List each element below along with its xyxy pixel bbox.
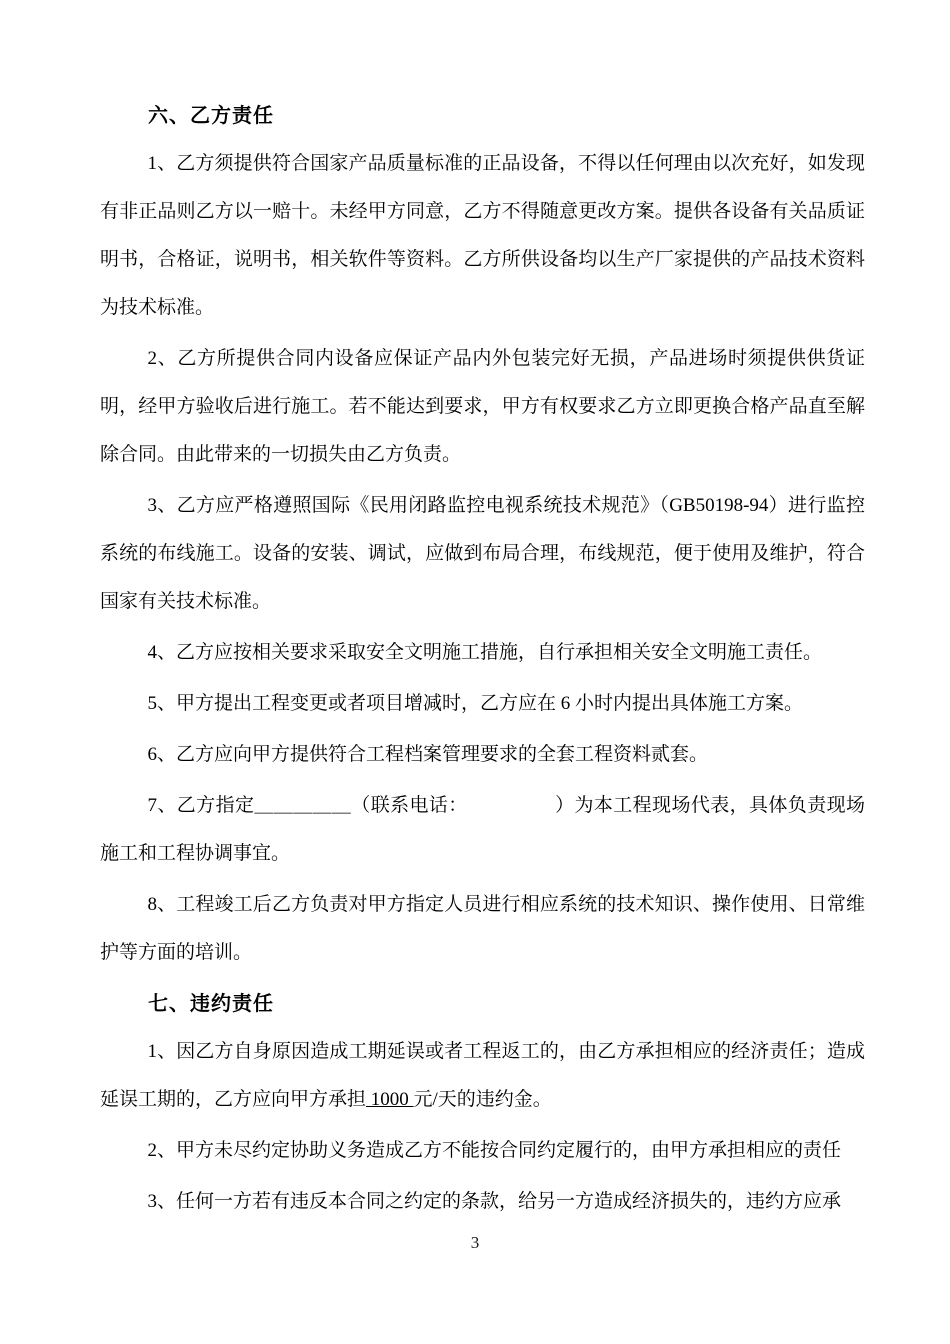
section-7-paragraph-2: 2、甲方未尽约定协助义务造成乙方不能按合同约定履行的，由甲方承担相应的责任: [100, 1127, 865, 1175]
section-6-heading: 六、乙方责任: [100, 92, 865, 140]
page-number: 3: [0, 1232, 950, 1254]
penalty-amount-blank: 1000: [366, 1089, 414, 1110]
section-6-paragraph-8: 8、工程竣工后乙方负责对甲方指定人员进行相应系统的技术知识、操作使用、日常维护等…: [100, 881, 865, 977]
section-6-paragraph-2: 2、乙方所提供合同内设备应保证产品内外包装完好无损，产品进场时须提供供货证明，经…: [100, 335, 865, 479]
document-content: 六、乙方责任 1、乙方须提供符合国家产品质量标准的正品设备，不得以任何理由以次充…: [100, 92, 865, 1229]
section-6-paragraph-6: 6、乙方应向甲方提供符合工程档案管理要求的全套工程资料贰套。: [100, 731, 865, 779]
section-6-paragraph-3: 3、乙方应严格遵照国际《民用闭路监控电视系统技术规范》（GB50198-94）进…: [100, 482, 865, 626]
contract-document-page: 六、乙方责任 1、乙方须提供符合国家产品质量标准的正品设备，不得以任何理由以次充…: [0, 0, 950, 1344]
section-7-paragraph-1-suffix: 元/天的违约金。: [414, 1089, 552, 1110]
section-6-paragraph-5: 5、甲方提出工程变更或者项目增减时，乙方应在 6 小时内提出具体施工方案。: [100, 680, 865, 728]
section-6-paragraph-4: 4、乙方应按相关要求采取安全文明施工措施，自行承担相关安全文明施工责任。: [100, 629, 865, 677]
section-7-paragraph-1: 1、因乙方自身原因造成工期延误或者工程返工的，由乙方承担相应的经济责任；造成延误…: [100, 1028, 865, 1124]
section-7-paragraph-3: 3、任何一方若有违反本合同之约定的条款，给另一方造成经济损失的，违约方应承: [100, 1178, 865, 1226]
section-6-paragraph-7: 7、乙方指定＿＿＿＿＿（联系电话： ）为本工程现场代表，具体负责现场施工和工程协…: [100, 782, 865, 878]
section-7-heading: 七、违约责任: [100, 980, 865, 1028]
section-6-paragraph-1: 1、乙方须提供符合国家产品质量标准的正品设备，不得以任何理由以次充好，如发现有非…: [100, 140, 865, 332]
